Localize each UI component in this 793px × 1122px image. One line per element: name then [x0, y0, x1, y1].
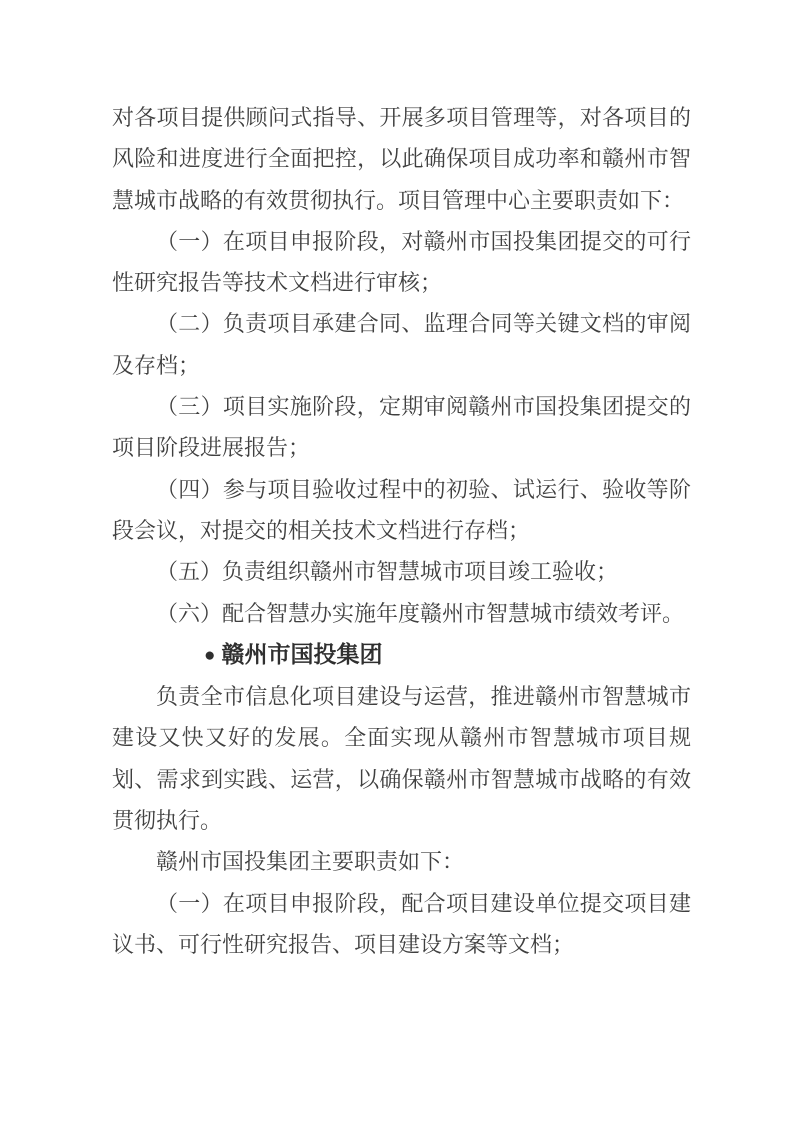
bullet-icon: ● — [158, 635, 215, 676]
page-content: 对各项目提供顾问式指导、开展多项目管理等，对各项目的风险和进度进行全面把控，以此… — [112, 97, 691, 965]
section-heading: ●赣州市国投集团 — [112, 634, 691, 676]
list-item-3: （三）项目实施阶段，定期审阅赣州市国投集团提交的项目阶段进展报告； — [112, 386, 691, 469]
list-item-6: （六）配合智慧办实施年度赣州市智慧城市绩效考评。 — [112, 593, 691, 634]
list-item-guotou-1: （一）在项目申报阶段，配合项目建设单位提交项目建议书、可行性研究报告、项目建设方… — [112, 883, 691, 966]
list-item-4: （四）参与项目验收过程中的初验、试运行、验收等阶段会议，对提交的相关技术文档进行… — [112, 469, 691, 552]
list-item-5: （五）负责组织赣州市智慧城市项目竣工验收； — [112, 551, 691, 592]
paragraph-continuation: 对各项目提供顾问式指导、开展多项目管理等，对各项目的风险和进度进行全面把控，以此… — [112, 97, 691, 221]
list-item-1: （一）在项目申报阶段，对赣州市国投集团提交的可行性研究报告等技术文档进行审核； — [112, 221, 691, 304]
paragraph-duties-lead-in: 赣州市国投集团主要职责如下： — [112, 841, 691, 882]
list-item-2: （二）负责项目承建合同、监理合同等关键文档的审阅及存档； — [112, 303, 691, 386]
paragraph-duty-overview: 负责全市信息化项目建设与运营，推进赣州市智慧城市建设又快又好的发展。全面实现从赣… — [112, 676, 691, 841]
document-page: 对各项目提供顾问式指导、开展多项目管理等，对各项目的风险和进度进行全面把控，以此… — [0, 0, 793, 1122]
section-heading-text: 赣州市国投集团 — [221, 641, 382, 667]
